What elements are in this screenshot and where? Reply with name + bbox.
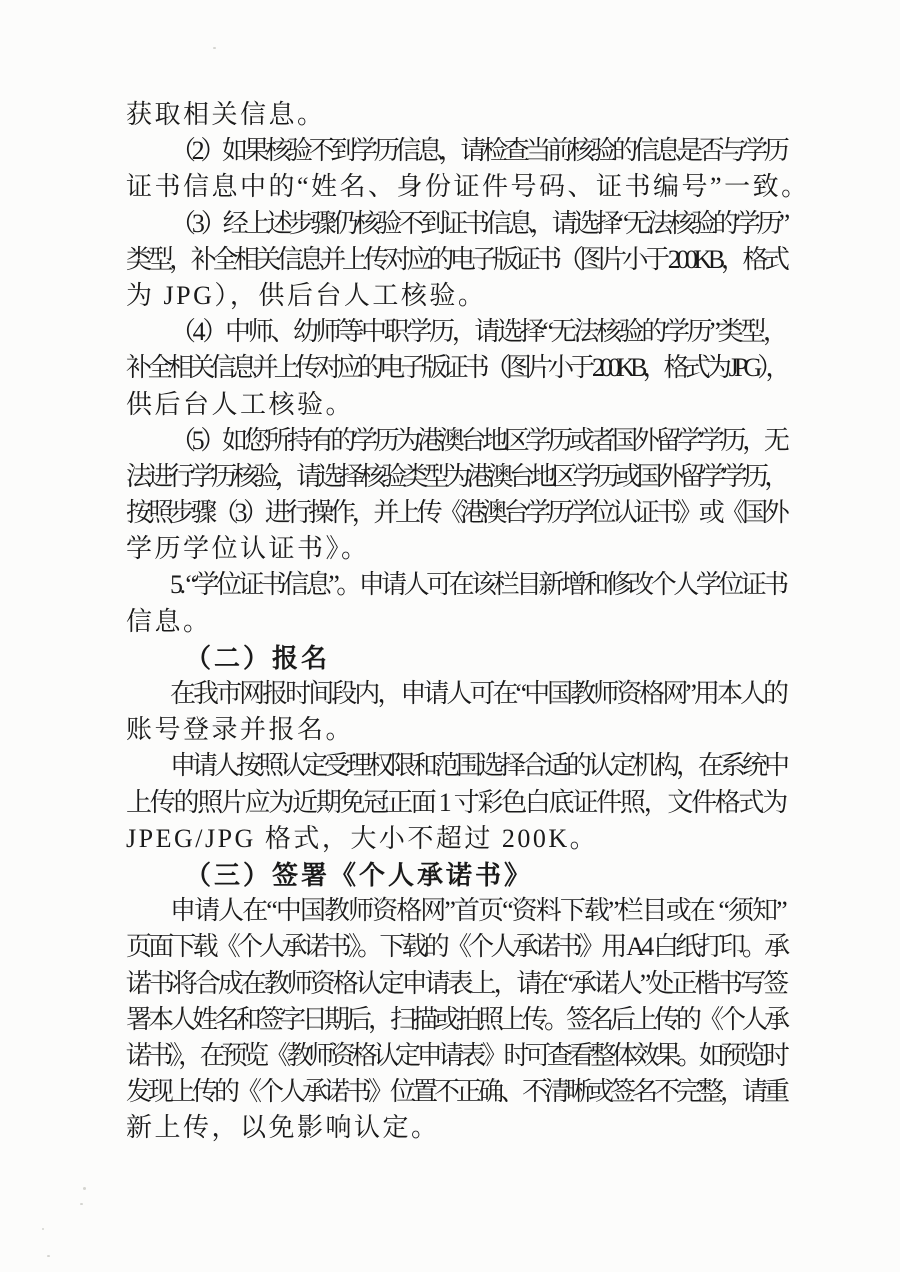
text-line: 类型，补全相关信息并上传对应的电子版证书（图片小于 200KB，格式 <box>126 242 786 278</box>
text-line: 获取相关信息。 <box>126 97 786 133</box>
document-page: 获取相关信息。（2）如果核验不到学历信息，请检查当前核验的信息是否与学历证书信息… <box>0 0 900 1272</box>
text-line: JPEG/JPG 格式，大小不超过 200K。 <box>126 821 786 857</box>
text-line: 页面下载《个人承诺书》。下载的《个人承诺书》用 A4 白纸打印。承 <box>126 929 786 965</box>
text-line: 诺书将合成在教师资格认定申请表上，请在“承诺人”处正楷书写签 <box>126 966 786 1002</box>
text-line: 按照步骤（3）进行操作，并上传《港澳台学历学位认证书》或《国外 <box>126 495 786 531</box>
text-line: 在我市网报时间段内，申请人可在“中国教师资格网”用本人的 <box>126 676 786 712</box>
scan-speck <box>213 47 216 49</box>
text-line: 申请人在“中国教师资格网”首页“资料下载”栏目或在 “须知” <box>126 893 786 929</box>
text-line: （5）如您所持有的学历为港澳台地区学历或者国外留学学历，无 <box>126 423 786 459</box>
text-line: 上传的照片应为近期免冠正面 1 寸彩色白底证件照，文件格式为 <box>126 785 786 821</box>
section-heading: （三）签署《个人承诺书》 <box>126 857 786 893</box>
text-line: 信息。 <box>126 604 786 640</box>
text-line: 证书信息中的“姓名、身份证件号码、证书编号”一致。 <box>126 169 786 205</box>
text-line: （2）如果核验不到学历信息，请检查当前核验的信息是否与学历 <box>126 133 786 169</box>
text-line: 学历学位认证书》。 <box>126 531 786 567</box>
scan-speck <box>47 1255 50 1257</box>
text-line: （3）经上述步骤仍核验不到证书信息，请选择“无法核验的学历” <box>126 206 786 242</box>
text-line: 申请人按照认定受理权限和范围选择合适的认定机构，在系统中 <box>126 748 786 784</box>
text-line: 署本人姓名和签字日期后，扫描或拍照上传。签名后上传的《个人承 <box>126 1002 786 1038</box>
text-line: 诺书》，在预览《教师资格认定申请表》时可查看整体效果。如预览时 <box>126 1038 786 1074</box>
document-body: 获取相关信息。（2）如果核验不到学历信息，请检查当前核验的信息是否与学历证书信息… <box>126 97 786 1146</box>
text-line: 为 JPG），供后台人工核验。 <box>126 278 786 314</box>
text-line: 供后台人工核验。 <box>126 387 786 423</box>
text-line: 发现上传的《个人承诺书》位置不正确、不清晰或签名不完整，请重 <box>126 1074 786 1110</box>
text-line: （4）中师、幼师等中职学历，请选择“无法核验的学历”类型， <box>126 314 786 350</box>
text-line: 补全相关信息并上传对应的电子版证书（图片小于 200KB，格式为 JPG）， <box>126 350 786 386</box>
scan-speck <box>80 1203 83 1205</box>
section-heading: （二）报名 <box>126 640 786 676</box>
text-line: 法进行学历核验，请选择核验类型为港澳台地区学历或国外留学学历， <box>126 459 786 495</box>
text-line: 新上传，以免影响认定。 <box>126 1110 786 1146</box>
scan-speck <box>83 1187 86 1190</box>
text-line: 5. “学位证书信息”。申请人可在该栏目新增和修改个人学位证书 <box>126 567 786 603</box>
text-line: 账号登录并报名。 <box>126 712 786 748</box>
scan-speck <box>42 1228 44 1230</box>
